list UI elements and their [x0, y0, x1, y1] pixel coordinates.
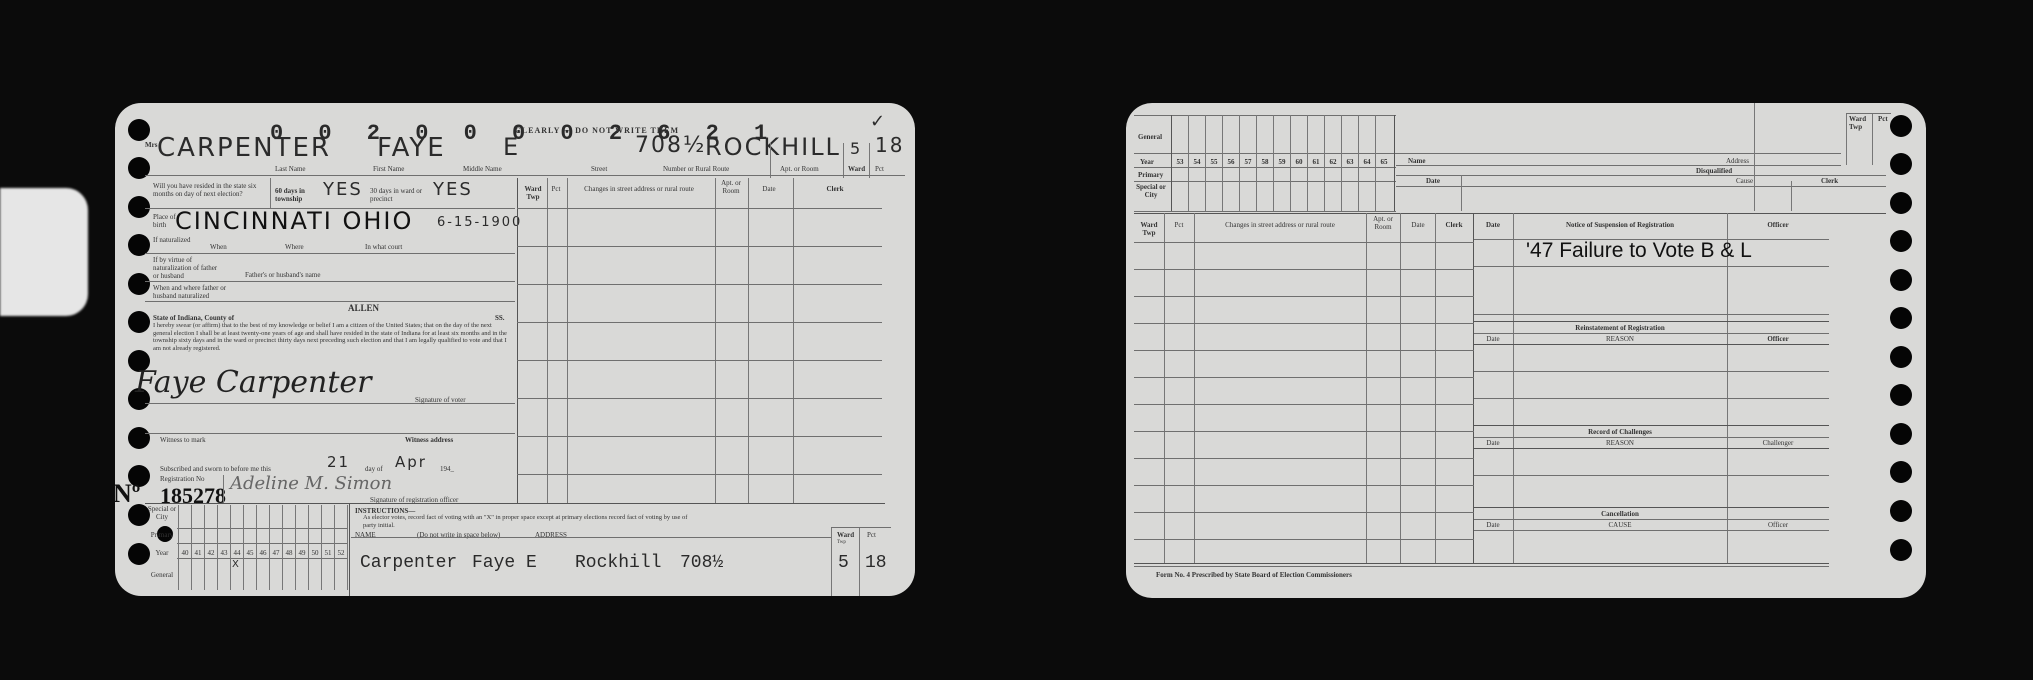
strip-twp-label: Twp	[837, 539, 846, 547]
typed-number: 708½	[680, 553, 723, 573]
front-changes-header-apt: Apt. or Room	[716, 179, 746, 195]
vote-row-special: Special or City	[147, 505, 177, 521]
township-question: 60 days in township	[275, 187, 325, 203]
naturalized-label: If naturalized	[153, 236, 193, 244]
back-name-label: Name	[1408, 157, 1426, 165]
vote-row-general: General	[147, 571, 177, 579]
route-label: Number or Rural Route	[663, 165, 729, 173]
voter-signature-label: Signature of voter	[415, 396, 466, 404]
precinct-answer: YES	[433, 179, 473, 200]
back-vote-row-special: Special or City	[1134, 183, 1168, 199]
pct-value: 18	[875, 133, 904, 157]
back-pct-label: Pct	[1878, 115, 1888, 123]
middle-name-label: Middle Name	[463, 165, 502, 173]
back-changes-header-address: Changes in street address or rural route	[1196, 221, 1364, 229]
father-virtue-label: If by virtue of naturalization of father…	[153, 256, 223, 280]
oath-text: I hereby swear (or affirm) that to the b…	[153, 322, 508, 352]
county-value: ALLEN	[348, 304, 379, 313]
back-vote-row-primary: Primary	[1138, 171, 1163, 179]
subscribed-day: 21	[327, 453, 350, 471]
first-name-label: First Name	[373, 165, 404, 173]
cancellation-officer-header: Officer	[1728, 521, 1828, 529]
title-prefix: Mrs	[145, 141, 157, 149]
typed-street: Rockhill	[575, 553, 661, 573]
typed-last-name: Carpenter	[360, 553, 457, 573]
front-changes-header-pct: Pct	[547, 185, 565, 193]
vote-row-primary: Primary	[147, 531, 177, 539]
check-mark: ✓	[870, 111, 887, 132]
reinstatement-reason-header: REASON	[1514, 335, 1726, 343]
front-changes-header-date: Date	[749, 185, 789, 193]
back-vote-row-year: Year	[1140, 158, 1154, 166]
vote-mark-44: X	[232, 559, 241, 570]
suspension-date-header: Date	[1474, 221, 1512, 229]
suspension-entry: '47 Failure to Vote B & L	[1526, 239, 1752, 263]
subscribed-day-of: day of	[365, 465, 383, 473]
oath-ss: SS.	[495, 314, 505, 322]
street-label: Street	[591, 165, 607, 173]
suspension-officer-header: Officer	[1728, 221, 1828, 229]
back-changes-header-date: Date	[1402, 221, 1434, 229]
naturalized-where: Where	[285, 243, 304, 251]
registration-no-prefix: Nº	[115, 479, 140, 509]
back-vote-row-general: General	[1138, 133, 1162, 141]
last-name-label: Last Name	[275, 165, 306, 173]
reinstatement-title: Reinstatement of Registration	[1514, 324, 1726, 332]
officer-signature: Adeline M. Simon	[230, 473, 392, 494]
back-ward-label: Ward Twp	[1849, 103, 1873, 131]
vote-row-year: Year	[147, 549, 177, 557]
back-changes-header-apt: Apt. or Room	[1367, 215, 1399, 231]
disqualified-label: Disqualified	[1696, 167, 1732, 175]
back-address-label: Address	[1726, 157, 1749, 165]
apt-label: Apt. or Room	[780, 165, 819, 173]
reinstatement-date-header: Date	[1474, 335, 1512, 343]
strip-ward-label: Ward	[837, 531, 854, 539]
disqualified-date-label: Date	[1426, 177, 1440, 185]
background-blur-object	[0, 188, 88, 316]
strip-pct-label: Pct	[867, 531, 876, 539]
challenges-reason-header: REASON	[1514, 439, 1726, 447]
voter-signature: Faye Carpenter	[135, 365, 372, 400]
challenges-challenger-header: Challenger	[1728, 439, 1828, 447]
subscribed-year: 194_	[440, 465, 454, 473]
registration-label: Registration No	[160, 475, 205, 483]
last-name-value: CARPENTER	[157, 133, 331, 163]
residency-question: Will you have resided in the state six m…	[153, 182, 263, 198]
registration-card-back: General Year Primary Special or City 53 …	[1126, 103, 1926, 598]
disqualified-clerk-label: Clerk	[1821, 177, 1838, 185]
registration-card-front: 0 0 2 0 0 0 0 2 6 2 1 CLEARLY — DO NOT W…	[115, 103, 915, 596]
challenges-date-header: Date	[1474, 439, 1512, 447]
form-footer: Form No. 4 Prescribed by State Board of …	[1156, 571, 1352, 579]
street-number-value: 708½	[635, 133, 706, 158]
witness-address-label: Witness address	[405, 436, 453, 444]
suspension-notice-header: Notice of Suspension of Registration	[1514, 221, 1726, 229]
ward-label: Ward	[848, 165, 865, 173]
middle-name-value: E	[503, 133, 520, 161]
naturalized-when: When	[210, 243, 227, 251]
oath-heading: State of Indiana, County of	[153, 314, 234, 322]
father-naturalized-label: When and where father or husband natural…	[153, 284, 233, 300]
typed-pct: 18	[865, 553, 887, 573]
cancellation-cause-header: CAUSE	[1514, 521, 1726, 529]
typed-ward: 5	[838, 553, 849, 573]
front-changes-header-ward: Ward Twp	[520, 185, 546, 201]
father-name-label: Father's or husband's name	[245, 271, 320, 279]
route-value: ROCKHILL	[705, 133, 841, 161]
disqualified-cause-label: Cause	[1736, 177, 1753, 185]
birthplace-value: CINCINNATI OHIO	[175, 207, 413, 235]
first-name-value: FAYE	[377, 133, 446, 163]
reinstatement-officer-header: Officer	[1728, 335, 1828, 343]
cancellation-title: Cancellation	[1514, 510, 1726, 518]
precinct-question: 30 days in ward or precinct	[370, 187, 430, 203]
back-changes-header-clerk: Clerk	[1436, 221, 1472, 229]
subscribed-month: Apr	[395, 453, 427, 471]
instructions-text: As elector votes, record fact of voting …	[363, 514, 693, 529]
cancellation-date-header: Date	[1474, 521, 1512, 529]
front-changes-header-clerk: Clerk	[795, 185, 875, 193]
witness-mark-label: Witness to mark	[160, 436, 206, 444]
challenges-title: Record of Challenges	[1514, 428, 1726, 436]
front-changes-header-address: Changes in street address or rural route	[569, 185, 709, 193]
township-answer: YES	[323, 179, 363, 200]
ward-value: 5	[850, 139, 862, 158]
birth-date-value: 6-15-1900	[437, 215, 522, 230]
back-changes-header-pct: Pct	[1166, 221, 1192, 229]
back-changes-header-ward: Ward Twp	[1134, 221, 1164, 237]
pct-label: Pct	[875, 165, 884, 173]
typed-first-name: Faye E	[472, 553, 537, 573]
naturalized-court: In what court	[365, 243, 402, 251]
subscribed-text: Subscribed and sworn to before me this	[160, 465, 271, 473]
